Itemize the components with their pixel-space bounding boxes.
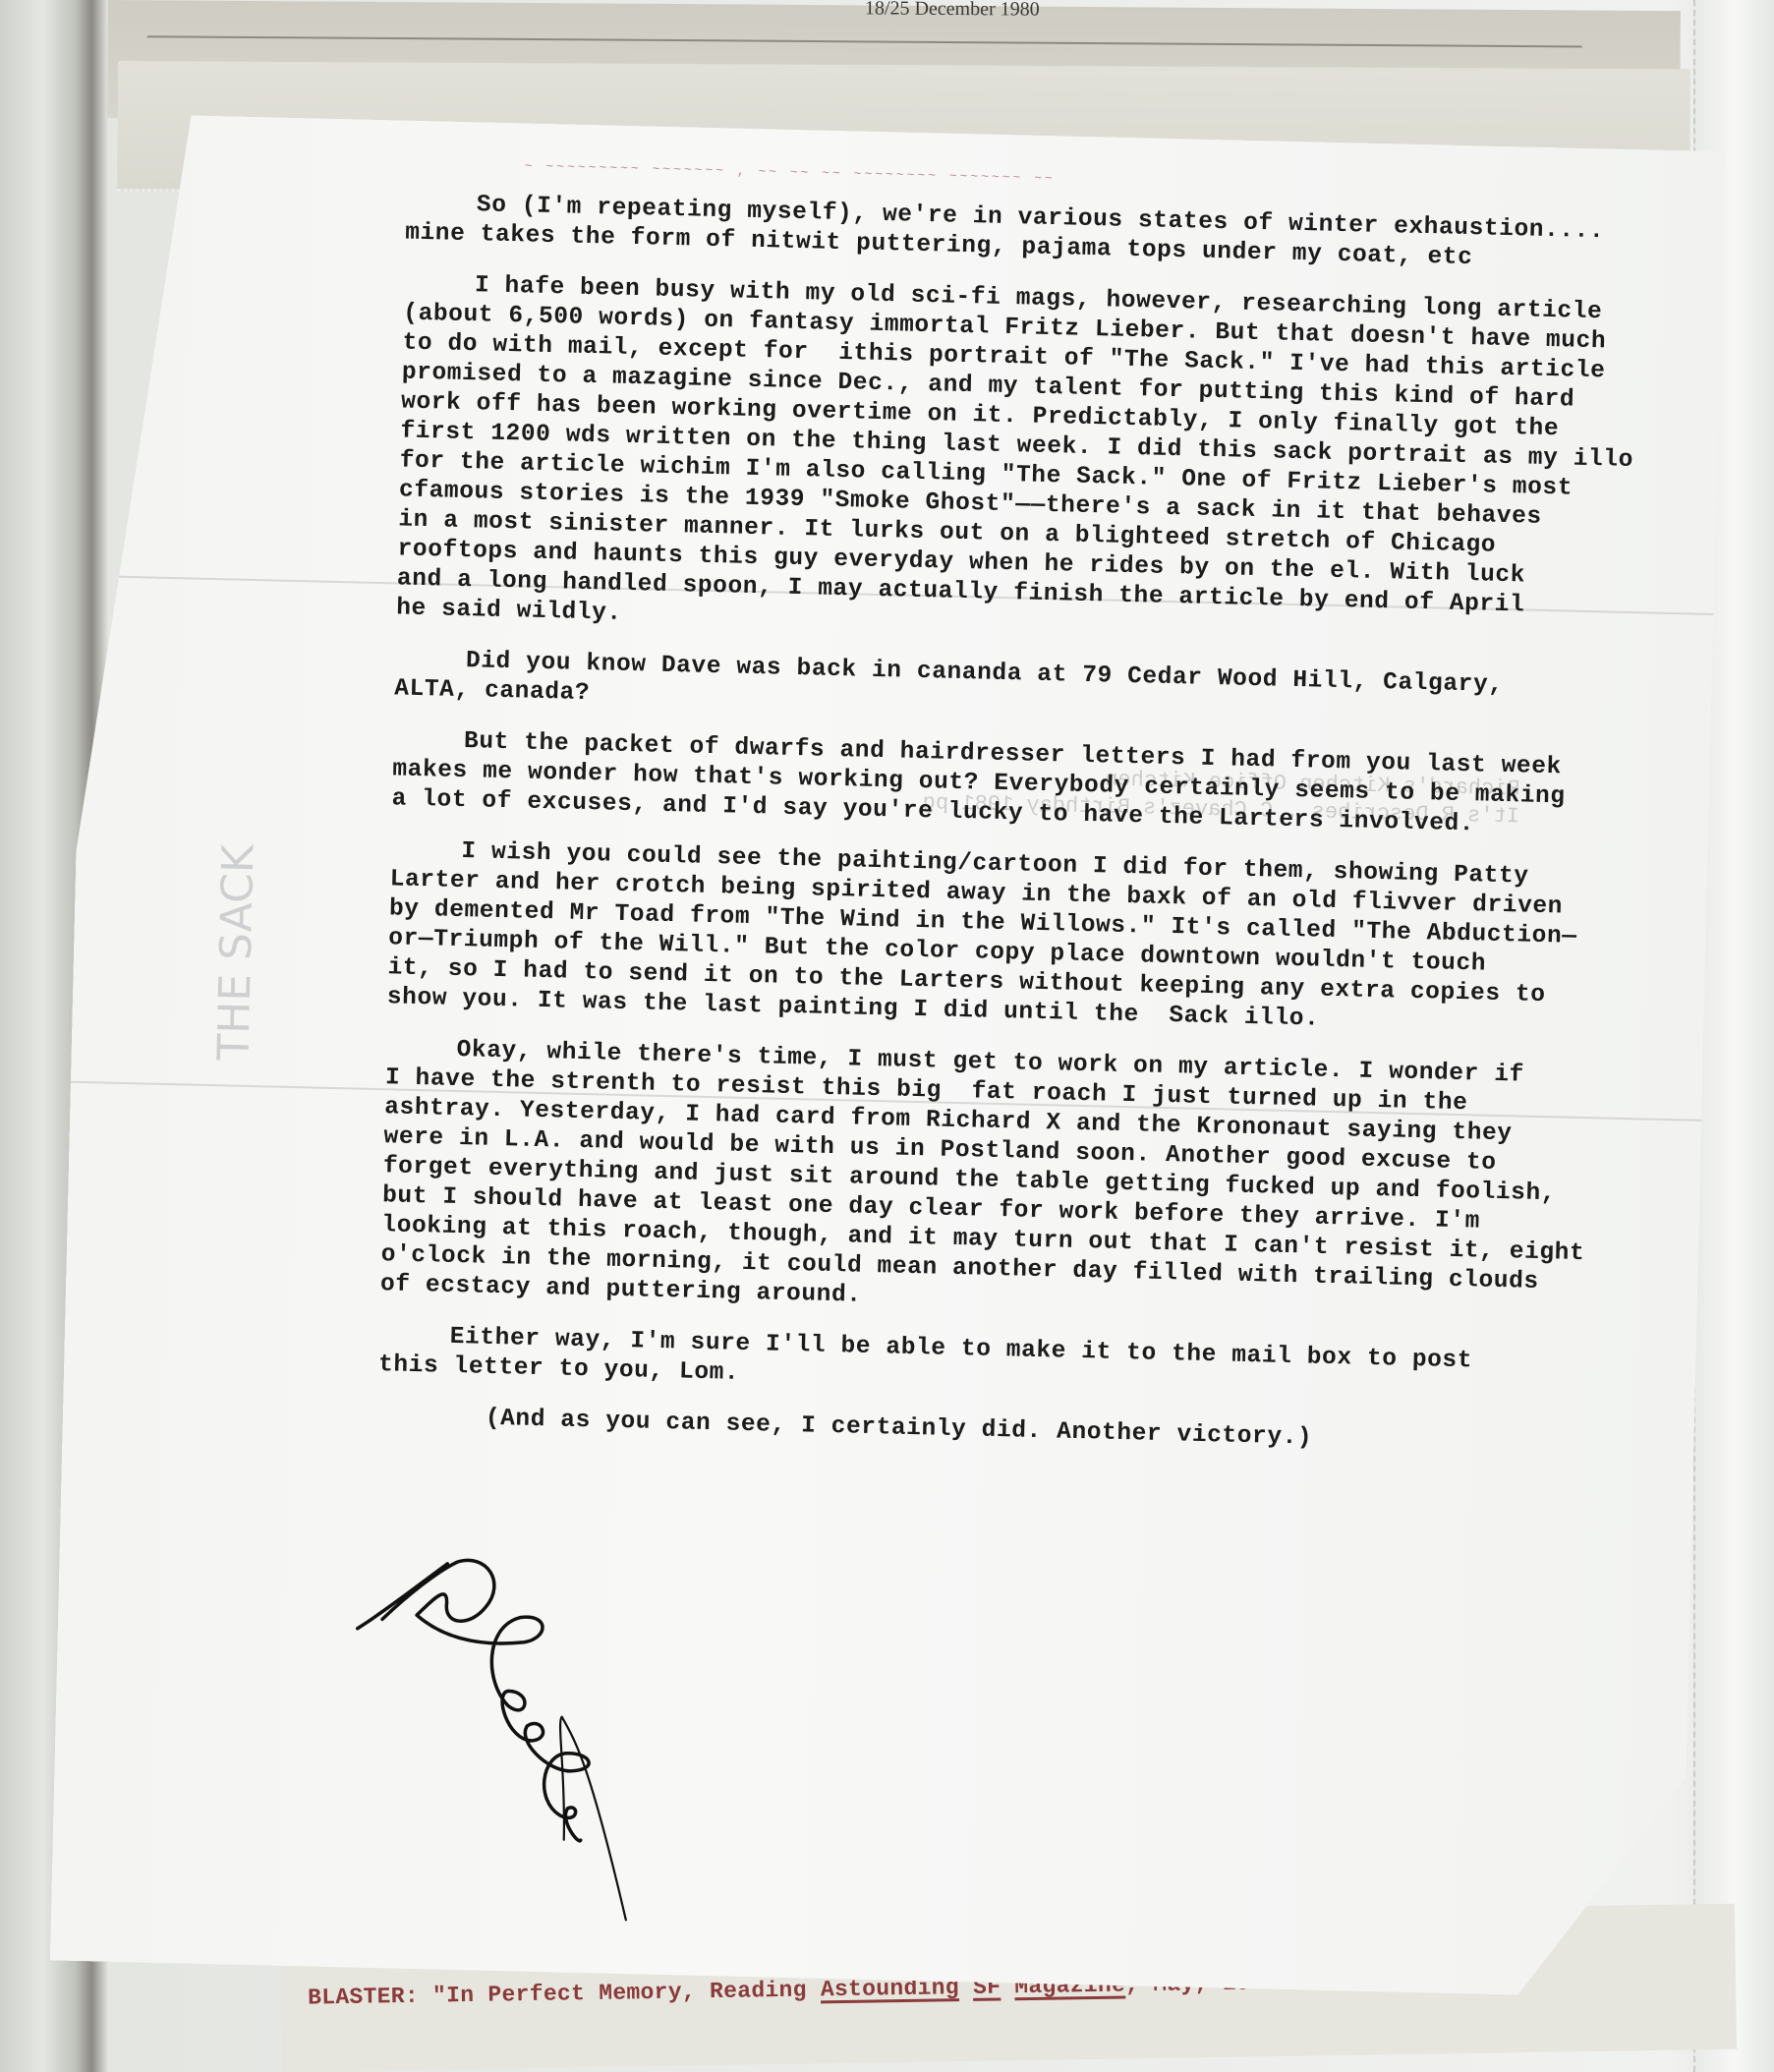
- signature-icon: [331, 1539, 655, 1929]
- typed-letter-page: ~ ~~~~~~~~~ ~~~~~~~ , ~~ ~~ ~~ ~~~~~~~~ …: [50, 113, 1725, 1999]
- header-rule: [147, 35, 1582, 47]
- letter-paragraph: But the packet of dwarfs and hairdresser…: [391, 725, 1661, 843]
- letter-paragraph: I hafe been busy with my old sci-fi mags…: [396, 269, 1672, 653]
- letter-paragraph: Either way, I'm sure I'll be able to mak…: [378, 1321, 1647, 1410]
- letter-line: (And as you can see, I certainly did. An…: [376, 1402, 1644, 1461]
- letter-paragraph: So (I'm repeating myself), we're in vari…: [405, 190, 1674, 278]
- letter-paragraph: (And as you can see, I certainly did. An…: [376, 1402, 1644, 1461]
- faint-red-header: ~ ~~~~~~~~~ ~~~~~~~ , ~~ ~~ ~~ ~~~~~~~~ …: [525, 158, 1056, 186]
- underlying-page-date: 18/25 December 1980: [865, 0, 1040, 22]
- letter-paragraph: I wish you could see the paihting/cartoo…: [387, 835, 1659, 1042]
- letter-paragraph: Did you know Dave was back in cananda at…: [394, 645, 1663, 733]
- letter-paragraph: Okay, while there's time, I must get to …: [380, 1034, 1654, 1329]
- pencil-margin-note: THE SACK: [208, 844, 263, 1062]
- letter-body: So (I'm repeating myself), we're in vari…: [376, 190, 1674, 1483]
